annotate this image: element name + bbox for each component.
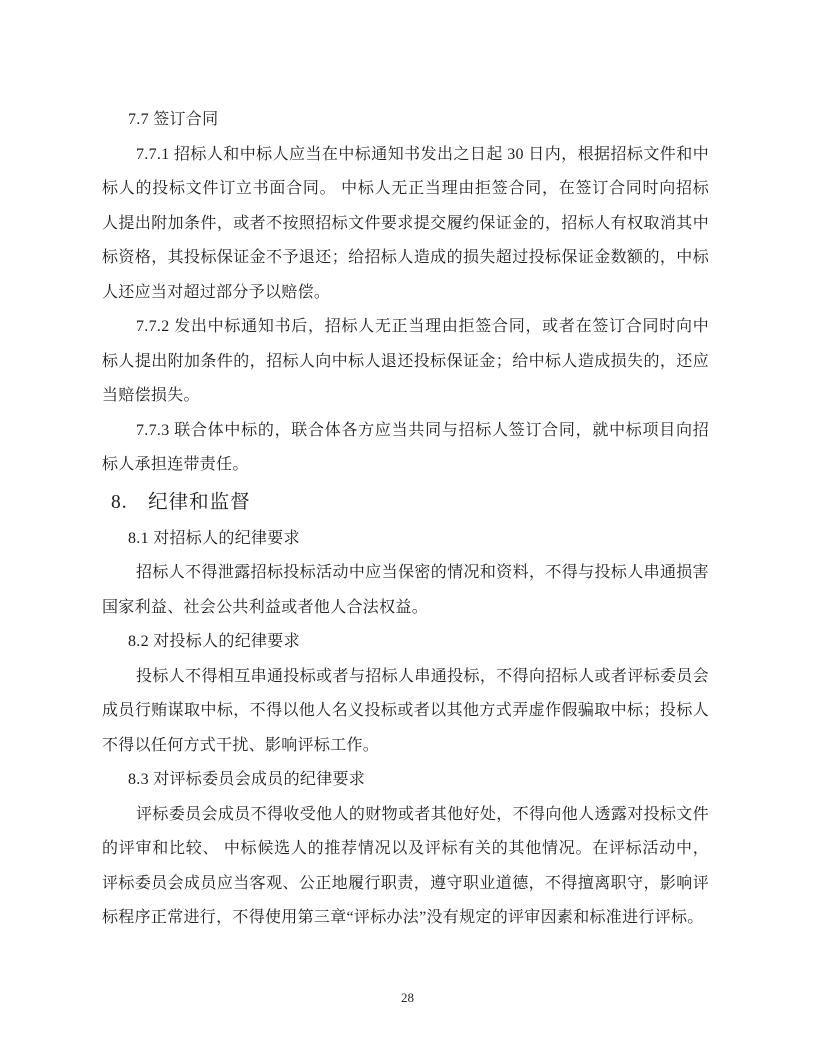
page-number: 28 (0, 990, 815, 1006)
document-page: 7.7 签订合同 7.7.1 招标人和中标人应当在中标通知书发出之日起 30 日… (0, 0, 815, 1055)
paragraph-8-1: 招标人不得泄露招标投标活动中应当保密的情况和资料，不得与投标人串通损害国家利益、… (102, 556, 709, 625)
chapter-heading-8: 8. 纪律和监督 (102, 484, 709, 522)
paragraph-7-7-3: 7.7.3 联合体中标的，联合体各方应当共同与招标人签订合同，就中标项目向招标人… (102, 414, 709, 483)
section-heading-8-2: 8.2 对投标人的纪律要求 (102, 625, 709, 660)
paragraph-7-7-2: 7.7.2 发出中标通知书后，招标人无正当理由拒签合同，或者在签订合同时向中标人… (102, 310, 709, 414)
section-heading-8-1: 8.1 对招标人的纪律要求 (102, 522, 709, 557)
paragraph-7-7-1: 7.7.1 招标人和中标人应当在中标通知书发出之日起 30 日内，根据招标文件和… (102, 138, 709, 311)
section-heading-8-3: 8.3 对评标委员会成员的纪律要求 (102, 763, 709, 798)
document-body: 7.7 签订合同 7.7.1 招标人和中标人应当在中标通知书发出之日起 30 日… (102, 103, 709, 936)
paragraph-8-3: 评标委员会成员不得收受他人的财物或者其他好处，不得向他人透露对投标文件的评审和比… (102, 798, 709, 936)
section-heading-7-7: 7.7 签订合同 (102, 103, 709, 138)
paragraph-8-2: 投标人不得相互串通投标或者与招标人串通投标，不得向招标人或者评标委员会成员行贿谋… (102, 660, 709, 764)
